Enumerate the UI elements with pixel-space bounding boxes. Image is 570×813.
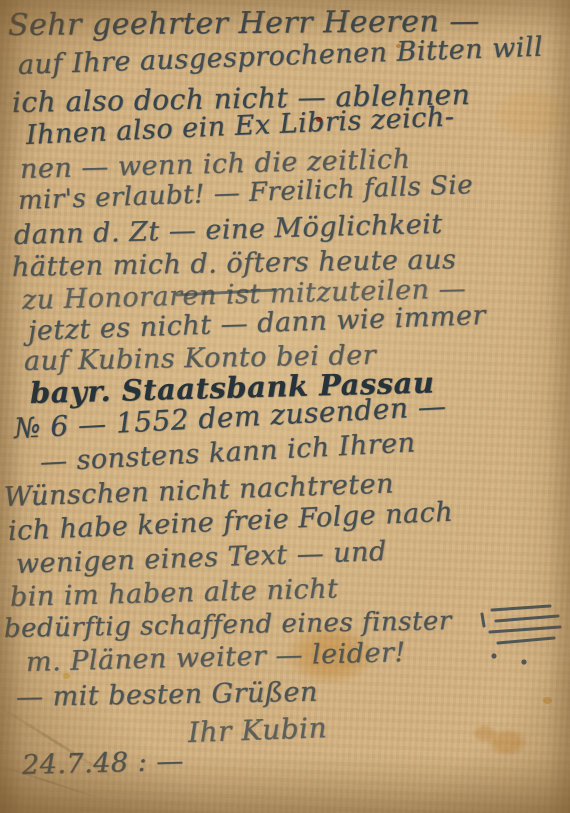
- signature: Ihr Kubin: [187, 711, 327, 749]
- date-line: 24.7.48 : —: [22, 746, 185, 781]
- letter-line: m. Plänen weiter — leider!: [26, 637, 407, 678]
- hatch-flourish: [478, 600, 568, 672]
- foxing-spot: [63, 673, 70, 679]
- foxing-spot: [543, 697, 552, 704]
- foxing-spot: [396, 44, 401, 48]
- letter-line: bin im haben alte nicht: [10, 573, 339, 613]
- red-ink-fleck: [316, 117, 322, 122]
- closing-line: — mit besten Grüßen: [16, 677, 318, 713]
- letter-page: Sehr geehrter Herr Heeren — auf Ihre aus…: [0, 0, 570, 813]
